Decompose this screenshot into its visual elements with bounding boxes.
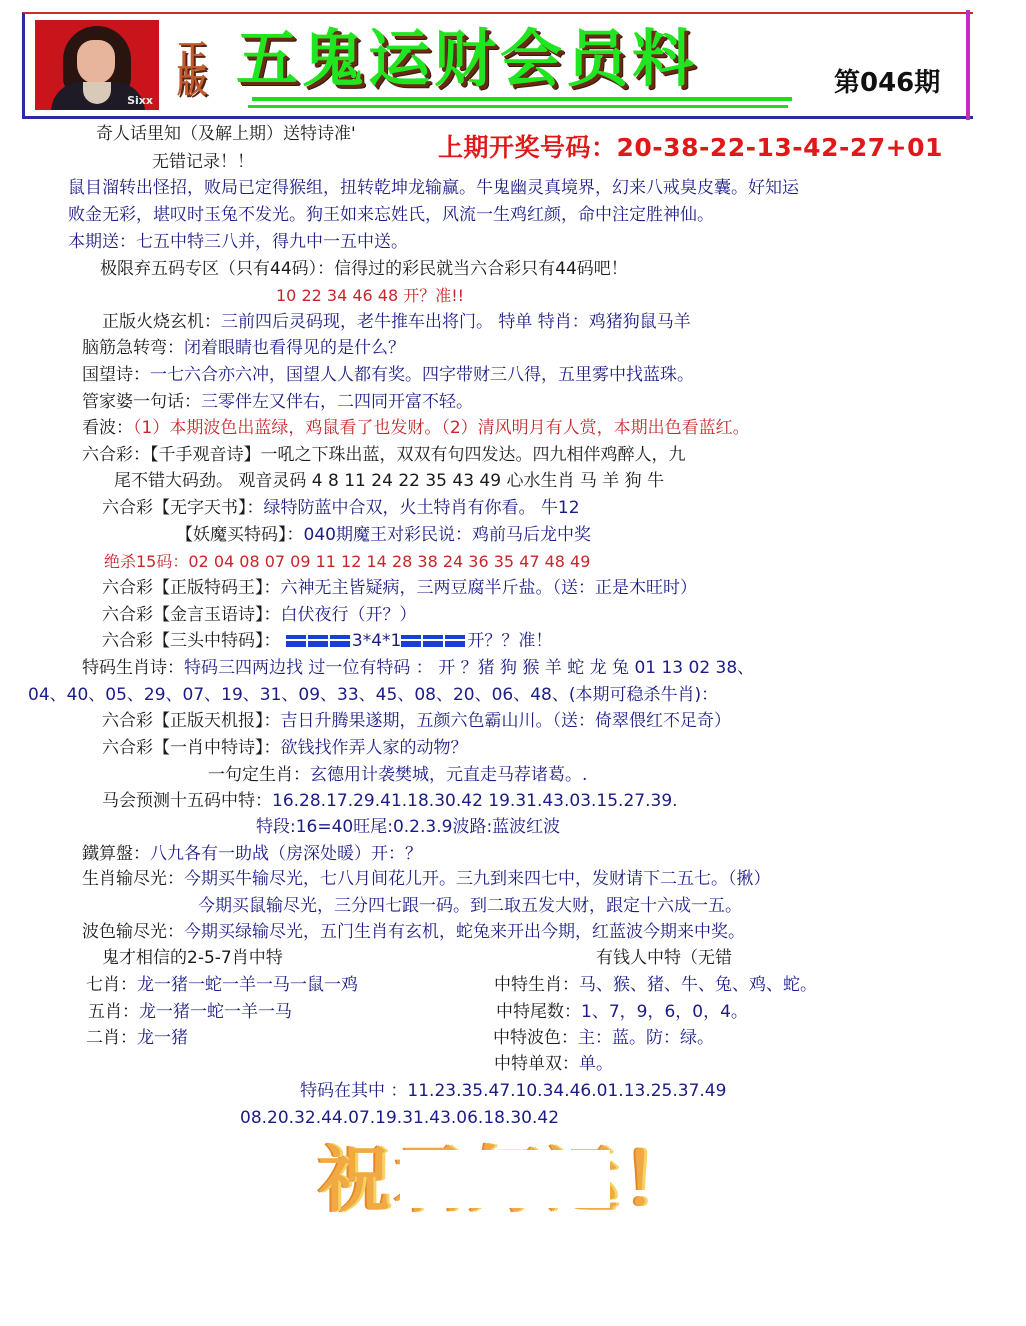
- guanyin-line-2: 尾不错大码劲。 观音灵码 4 8 11 24 22 35 43 49 心水生肖 …: [114, 470, 664, 492]
- last-draw-numbers: 20-38-22-13-42-27+01: [617, 133, 943, 162]
- wave-text: （1）本期波色出蓝绿，鸡鼠看了也发财。（2）清风明月有人赏，本期出色看蓝红。: [133, 418, 750, 438]
- fire-secret: 正版火烧玄机：三前四后灵码现，老牛推车出将门。 特单 特肖：鸡猪狗鼠马羊: [102, 311, 691, 333]
- ghost-row-value: 龙一猪一蛇一羊一马一鼠一鸡: [137, 975, 358, 995]
- tema-king-label: 六合彩【正版特码王】：: [102, 578, 281, 598]
- zodiac-lose-text-1: 今期买牛输尽光，七八月间花儿开。三九到来四七中，发财请下二五七。（揪）: [184, 869, 771, 889]
- guowang-poem: 国望诗：一七六合亦六冲，国望人人都有奖。四字带财三八得，五里雾中找蓝珠。: [82, 364, 694, 386]
- santou-tema: 六合彩【三头中特码】： 3*4*1开？？准！: [102, 630, 552, 652]
- color-lose-label: 波色输尽光：: [82, 922, 184, 942]
- santou-middle: 3*4*1: [352, 631, 401, 651]
- banner-mask: [400, 1150, 610, 1208]
- bar-icon: [401, 635, 421, 647]
- intro-line-2: 无错记录！！: [152, 151, 254, 173]
- yaomo-tema: 【妖魔买特码】：040期魔王对彩民说：鸡前马后龙中奖: [176, 524, 591, 546]
- rich-man-row: 中特生肖：马、猴、猪、牛、兔、鸡、蛇。: [494, 974, 817, 996]
- yaomo-text: 040期魔王对彩民说：鸡前马后龙中奖: [304, 525, 591, 545]
- wave-forecast: 看波：（1）本期波色出蓝绿，鸡鼠看了也发财。（2）清风明月有人赏，本期出色看蓝红…: [82, 417, 750, 439]
- guanyin-line-1: 六合彩：【千手观音诗】一吼之下珠出蓝，双双有句四发达。四九相伴鸡醉人，九: [82, 444, 686, 466]
- issue-number: 第046期: [834, 62, 940, 99]
- rich-row-label: 中特生肖：: [494, 975, 579, 995]
- rich-man-row: 中特尾数：1、7，9，6，0，4。: [496, 1001, 748, 1023]
- poem-line-3: 本期送：七五中特三八并，得九中一五中送。: [68, 231, 408, 253]
- brain-teaser-text: 闭着眼睛也看得见的是什么？: [184, 338, 405, 358]
- tema-within-line-1: 特码在其中 ：11.23.35.47.10.34.46.01.13.25.37.…: [300, 1080, 726, 1102]
- ghost-row-label: 七肖：: [86, 975, 137, 995]
- abacus-label: 鐵算盤：: [82, 844, 150, 864]
- horse-club-forecast: 马会预测十五码中特：16.28.17.29.41.18.30.42 19.31.…: [102, 790, 678, 812]
- horse-club-segment: 特段:16=40旺尾:0.2.3.9波路:蓝波红波: [256, 816, 560, 838]
- rich-row-label: 中特单双：: [494, 1054, 579, 1074]
- kill-15-numbers: 绝杀15码：02 04 08 07 09 11 12 14 28 38 24 3…: [104, 551, 590, 573]
- zodiac-poem-text: 特码三四两边找 过一位有特码 ： 开 ？猪 狗 猴 羊 蛇 龙 兔 01 13 …: [184, 658, 754, 678]
- rich-row-label: 中特尾数：: [496, 1002, 581, 1022]
- brain-teaser: 脑筋急转弯：闭着眼睛也看得见的是什么？: [82, 337, 405, 359]
- abacus-text: 八九各有一助战（房深处暖）开：？: [150, 844, 422, 864]
- tianji-text: 吉日升腾果遂期，五颜六色霸山川。（送：倚翠偎红不足奇）: [281, 711, 732, 731]
- authentic-seal: 正版: [172, 40, 204, 92]
- iron-abacus: 鐵算盤：八九各有一助战（房深处暖）开：？: [82, 843, 422, 865]
- bar-icon: [330, 635, 350, 647]
- tema-within-label: 特码在其中 ：: [300, 1081, 407, 1101]
- tianji-label: 六合彩【正版天机报】：: [102, 711, 281, 731]
- yixiao-poem: 六合彩【一肖中特诗】：欲钱找作弄人家的动物？: [102, 737, 468, 759]
- rich-row-value: 1、7，9，6，0，4。: [581, 1002, 748, 1022]
- ghost-257-row: 五肖：龙一猪一蛇一羊一马: [88, 1001, 292, 1023]
- tema-king: 六合彩【正版特码王】：六神无主皆疑病，三两豆腐半斤盐。（送：正是木旺时）: [102, 577, 697, 599]
- last-draw-label: 上期开奖号码：: [438, 133, 617, 162]
- intro-line-1: 奇人话里知（及解上期）送特诗准': [96, 123, 356, 145]
- guowang-label: 国望诗：: [82, 365, 150, 385]
- zodiac-lose-label: 生肖输尽光：: [82, 869, 184, 889]
- rich-man-row: 中特波色：主：蓝。防：绿。: [493, 1027, 714, 1049]
- fire-secret-label: 正版火烧玄机：: [102, 312, 221, 332]
- ghost-257-row: 二肖：龙一猪: [86, 1027, 188, 1049]
- rich-row-value: 主：蓝。防：绿。: [578, 1028, 714, 1048]
- rich-man-row: 中特单双：单。: [494, 1053, 613, 1075]
- one-sentence-zodiac: 一句定生肖：玄德用计袭樊城，元直走马荐诸葛。.: [208, 764, 587, 786]
- guowang-text: 一七六合亦六冲，国望人人都有奖。四字带财三八得，五里雾中找蓝珠。: [150, 365, 694, 385]
- limit-zone-numbers: 10 22 34 46 48 开？准!!: [276, 285, 464, 307]
- zodiac-poem-line-1: 特码生肖诗：特码三四两边找 过一位有特码 ： 开 ？猪 狗 猴 羊 蛇 龙 兔 …: [82, 657, 754, 679]
- yixiao-text: 欲钱找作弄人家的动物？: [281, 738, 468, 758]
- santou-label: 六合彩【三头中特码】：: [102, 631, 281, 651]
- horse-club-numbers: 16.28.17.29.41.18.30.42 19.31.43.03.15.2…: [272, 791, 678, 811]
- title-underline-2: [248, 105, 788, 108]
- ghost-row-label: 二肖：: [86, 1028, 137, 1048]
- rich-row-label: 中特波色：: [493, 1028, 578, 1048]
- ghost-row-value: 龙一猪: [137, 1028, 188, 1048]
- title-underline: [252, 97, 792, 101]
- poem-line-2: 败金无彩，堪叹时玉兔不发光。狗王如来忘姓氏，风流一生鸡红颜，命中注定胜神仙。: [68, 204, 714, 226]
- tema-within-numbers-1: 11.23.35.47.10.34.46.01.13.25.37.49: [407, 1081, 726, 1101]
- zodiac-poem-line-2: 04、40、05、29、07、19、31、09、33、45、08、20、06、4…: [28, 684, 718, 706]
- jinyan-poem: 六合彩【金言玉语诗】：白伏夜行（开？）: [102, 604, 417, 626]
- jinyan-text: 白伏夜行（开？）: [281, 605, 417, 625]
- one-sentence-label: 一句定生肖：: [208, 765, 310, 785]
- yixiao-label: 六合彩【一肖中特诗】：: [102, 738, 281, 758]
- zodiac-lose-line-1: 生肖输尽光：今期买牛输尽光，七八月间花儿开。三九到来四七中，发财请下二五七。（揪…: [82, 868, 771, 890]
- color-lose: 波色输尽光：今期买绿输尽光，五门生肖有玄机，蛇兔来开出今期，红蓝波今期来中奖。: [82, 921, 745, 943]
- rich-row-value: 单。: [579, 1054, 613, 1074]
- ghost-257-row: 七肖：龙一猪一蛇一羊一马一鼠一鸡: [86, 974, 358, 996]
- wuzi-tianshu: 六合彩【无字天书】：绿特防蓝中合双，火土特肖有你看。 牛12: [102, 497, 580, 519]
- santou-tail: 开？？准！: [467, 631, 552, 651]
- zodiac-lose-line-2: 今期买鼠输尽光，三分四七跟一码。到二取五发大财，跟定十六成一五。: [198, 895, 742, 917]
- poem-line-1: 鼠目溜转出怪招，败局已定得猴组，扭转乾坤龙输赢。牛鬼幽灵真境界，幻来八戒臭皮囊。…: [68, 177, 799, 199]
- bar-icon: [286, 635, 306, 647]
- rich-row-value: 马、猴、猪、牛、兔、鸡、蛇。: [579, 975, 817, 995]
- ghost-257-title: 鬼才相信的2-5-7肖中特: [102, 947, 283, 969]
- header-accent-bar: [966, 10, 970, 120]
- page-title: 五鬼运财会员料: [236, 24, 698, 94]
- butler-label: 管家婆一句话：: [82, 392, 201, 412]
- tema-king-text: 六神无主皆疑病，三两豆腐半斤盐。（送：正是木旺时）: [281, 578, 698, 598]
- bar-icon: [445, 635, 465, 647]
- bar-icon: [308, 635, 328, 647]
- brain-teaser-label: 脑筋急转弯：: [82, 338, 184, 358]
- jinyan-label: 六合彩【金言玉语诗】：: [102, 605, 281, 625]
- kill-15-label: 绝杀15码：: [104, 552, 188, 571]
- wuzi-text: 绿特防蓝中合双，火土特肖有你看。 牛12: [264, 498, 580, 518]
- butler-text: 三零伴左又伴右，二四同开富不轻。: [201, 392, 473, 412]
- fire-secret-text: 三前四后灵码现，老牛推车出将门。 特单 特肖：鸡猪狗鼠马羊: [221, 312, 691, 332]
- kill-15-values: 02 04 08 07 09 11 12 14 28 38 24 36 35 4…: [188, 552, 590, 571]
- limit-zone-label: 极限弃五码专区（只有44码）：信得过的彩民就当六合彩只有44码吧！: [100, 258, 628, 280]
- bar-icon: [423, 635, 443, 647]
- horse-club-label: 马会预测十五码中特：: [102, 791, 272, 811]
- rich-man-title: 有钱人中特（无错: [596, 947, 732, 969]
- ghost-row-value: 龙一猪一蛇一羊一马: [139, 1002, 292, 1022]
- tianji-report: 六合彩【正版天机报】：吉日升腾果遂期，五颜六色霸山川。（送：倚翠偎红不足奇）: [102, 710, 731, 732]
- host-photo: Sixx: [35, 20, 159, 110]
- yaomo-label: 【妖魔买特码】：: [176, 525, 304, 545]
- zodiac-poem-label: 特码生肖诗：: [82, 658, 184, 678]
- wuzi-label: 六合彩【无字天书】：: [102, 498, 264, 518]
- wave-label: 看波：: [82, 418, 133, 438]
- color-lose-text: 今期买绿输尽光，五门生肖有玄机，蛇兔来开出今期，红蓝波今期来中奖。: [184, 922, 745, 942]
- photo-watermark: Sixx: [127, 94, 153, 107]
- butler-saying: 管家婆一句话：三零伴左又伴右，二四同开富不轻。: [82, 391, 473, 413]
- ghost-row-label: 五肖：: [88, 1002, 139, 1022]
- last-draw-result: 上期开奖号码：20-38-22-13-42-27+01: [438, 128, 943, 164]
- one-sentence-text: 玄德用计袭樊城，元直走马荐诸葛。.: [310, 765, 587, 785]
